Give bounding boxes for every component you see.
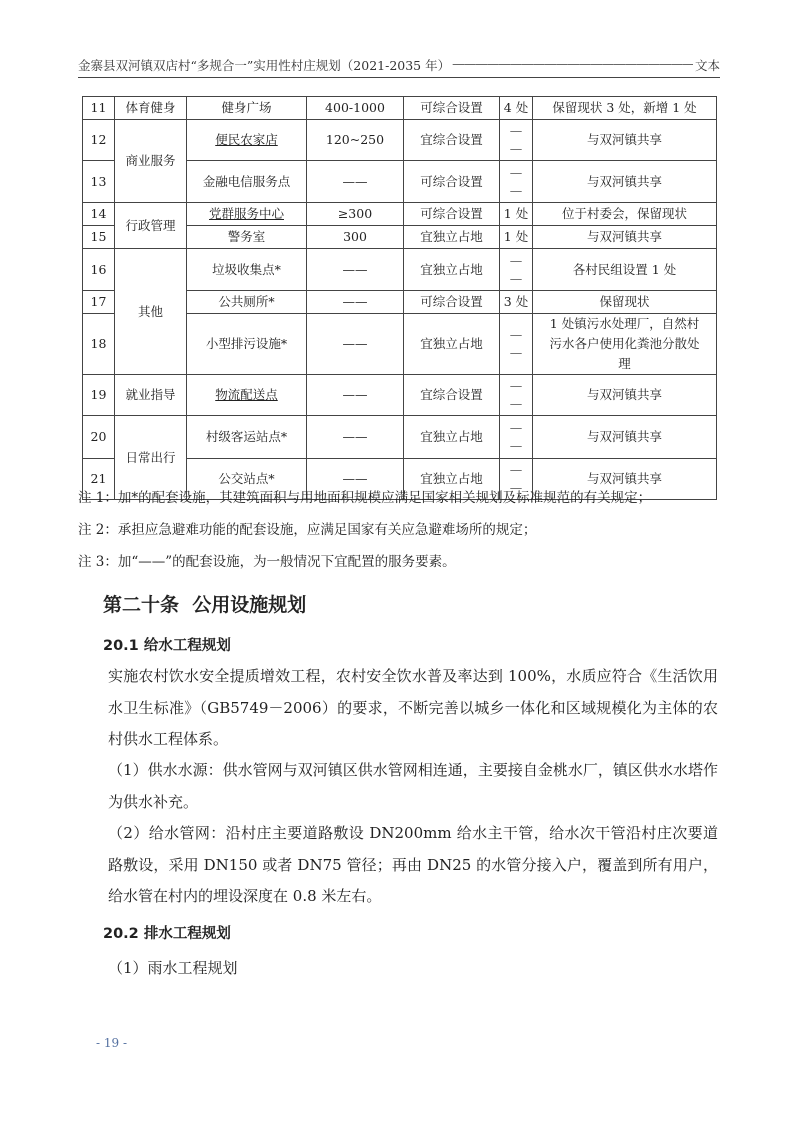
- area-cell: ≥300: [307, 203, 404, 226]
- dash-bottom: —: [510, 140, 523, 158]
- row-number: 15: [83, 226, 115, 249]
- dash-top: —: [510, 377, 523, 395]
- table-row: 12 商业服务 便民农家店 120~250 宜综合设置 —— 与双河镇共享: [83, 120, 717, 161]
- dash-top: —: [510, 122, 523, 140]
- header-doc-type: 文本: [695, 56, 720, 74]
- water-supply-paragraph: 实施农村饮水安全提质增效工程，农村安全饮水普及率达到 100%，水质应符合《生活…: [78, 661, 718, 756]
- area-cell: ——: [307, 161, 404, 203]
- mode-cell: 宜独立占地: [404, 226, 500, 249]
- table-row: 20 日常出行 村级客运站点* —— 宜独立占地 —— 与双河镇共享: [83, 416, 717, 459]
- area-cell: ——: [307, 314, 404, 375]
- table-row: 16 其他 垃圾收集点* —— 宜独立占地 —— 各村民组设置 1 处: [83, 249, 717, 291]
- table-notes: 注 1：加*的配套设施，其建筑面积与用地面积规模应满足国家相关规划及标准规范的有…: [78, 488, 651, 584]
- count-cell: ——: [500, 375, 533, 416]
- mode-cell: 宜独立占地: [404, 314, 500, 375]
- remark-cell: 与双河镇共享: [533, 416, 717, 459]
- rainwater-item: （1）雨水工程规划: [78, 953, 718, 985]
- water-source-paragraph: （1）供水水源：供水管网与双河镇区供水管网相连通，主要接自金桃水厂，镇区供水水塔…: [78, 755, 718, 818]
- category-cell: 其他: [115, 249, 187, 375]
- page-number: - 19 -: [96, 1036, 127, 1050]
- row-number: 11: [83, 97, 115, 120]
- count-cell: 1 处: [500, 203, 533, 226]
- count-cell: 4 处: [500, 97, 533, 120]
- mode-cell: 可综合设置: [404, 203, 500, 226]
- note-2: 注 2：承担应急避难功能的配套设施，应满足国家有关应急避难场所的规定；: [78, 520, 651, 540]
- item-cell: 村级客运站点*: [187, 416, 307, 459]
- remark-cell: 1 处镇污水处理厂，自然村污水各户使用化粪池分散处理: [533, 314, 717, 375]
- remark-cell: 保留现状 3 处，新增 1 处: [533, 97, 717, 120]
- item-cell: 便民农家店: [187, 120, 307, 161]
- running-header: 金寨县双河镇双店村“多规合一”实用性村庄规划（2021-2035 年） ————…: [78, 56, 720, 78]
- count-cell: ——: [500, 161, 533, 203]
- item-cell: 金融电信服务点: [187, 161, 307, 203]
- category-cell: 就业指导: [115, 375, 187, 416]
- row-number: 12: [83, 120, 115, 161]
- row-number: 20: [83, 416, 115, 459]
- area-cell: ——: [307, 291, 404, 314]
- dash-top: —: [510, 252, 523, 270]
- count-cell: 3 处: [500, 291, 533, 314]
- dash-top: —: [510, 164, 523, 182]
- remark-cell: 与双河镇共享: [533, 120, 717, 161]
- note-1: 注 1：加*的配套设施，其建筑面积与用地面积规模应满足国家相关规划及标准规范的有…: [78, 488, 651, 508]
- subsection-heading-water-supply: 20.1 给水工程规划: [103, 634, 231, 655]
- area-cell: 400-1000: [307, 97, 404, 120]
- paragraph-text: （1）供水水源：供水管网与双河镇区供水管网相连通，主要接自金桃水厂，镇区供水水塔…: [78, 755, 718, 818]
- category-cell: 商业服务: [115, 120, 187, 203]
- table-row: 11 体育健身 健身广场 400-1000 可综合设置 4 处 保留现状 3 处…: [83, 97, 717, 120]
- count-cell: ——: [500, 120, 533, 161]
- area-cell: ——: [307, 249, 404, 291]
- count-cell: ——: [500, 416, 533, 459]
- table-row: 14 行政管理 党群服务中心 ≥300 可综合设置 1 处 位于村委会，保留现状: [83, 203, 717, 226]
- remark-cell: 与双河镇共享: [533, 226, 717, 249]
- remark-cell: 与双河镇共享: [533, 161, 717, 203]
- dash-bottom: —: [510, 182, 523, 200]
- item-cell: 公共厕所*: [187, 291, 307, 314]
- remark-cell: 位于村委会，保留现状: [533, 203, 717, 226]
- area-cell: 120~250: [307, 120, 404, 161]
- item-cell: 党群服务中心: [187, 203, 307, 226]
- mode-cell: 可综合设置: [404, 97, 500, 120]
- item-cell: 垃圾收集点*: [187, 249, 307, 291]
- water-network-paragraph: （2）给水管网：沿村庄主要道路敷设 DN200mm 给水主干管，给水次干管沿村庄…: [78, 818, 718, 913]
- dash-top: —: [510, 461, 523, 479]
- remark-cell: 各村民组设置 1 处: [533, 249, 717, 291]
- mode-cell: 宜综合设置: [404, 120, 500, 161]
- mode-cell: 宜综合设置: [404, 375, 500, 416]
- count-cell: 1 处: [500, 226, 533, 249]
- dash-bottom: —: [510, 395, 523, 413]
- facilities-table: 11 体育健身 健身广场 400-1000 可综合设置 4 处 保留现状 3 处…: [82, 96, 717, 500]
- table-row: 19 就业指导 物流配送点 —— 宜综合设置 —— 与双河镇共享: [83, 375, 717, 416]
- mode-cell: 宜独立占地: [404, 249, 500, 291]
- dash-top: —: [510, 419, 523, 437]
- dash-bottom: —: [510, 270, 523, 288]
- area-cell: ——: [307, 416, 404, 459]
- paragraph-text: （1）雨水工程规划: [78, 953, 718, 985]
- dash-top: —: [510, 326, 523, 344]
- remark-cell: 与双河镇共享: [533, 375, 717, 416]
- header-dash-rule: ——————————————————————————————: [452, 56, 693, 74]
- row-number: 14: [83, 203, 115, 226]
- row-number: 19: [83, 375, 115, 416]
- row-number: 18: [83, 314, 115, 375]
- paragraph-text: 实施农村饮水安全提质增效工程，农村安全饮水普及率达到 100%，水质应符合《生活…: [78, 661, 718, 756]
- item-cell: 警务室: [187, 226, 307, 249]
- item-link-text: 便民农家店: [215, 132, 278, 147]
- category-cell: 行政管理: [115, 203, 187, 249]
- area-cell: ——: [307, 375, 404, 416]
- header-title: 金寨县双河镇双店村“多规合一”实用性村庄规划（2021-2035 年）: [78, 56, 450, 74]
- subsection-heading-drainage: 20.2 排水工程规划: [103, 922, 231, 943]
- category-cell: 日常出行: [115, 416, 187, 500]
- item-cell: 物流配送点: [187, 375, 307, 416]
- section-heading: 第二十条 公用设施规划: [103, 590, 306, 617]
- item-cell: 小型排污设施*: [187, 314, 307, 375]
- remark-cell: 保留现状: [533, 291, 717, 314]
- dash-bottom: —: [510, 344, 523, 362]
- item-link-text: 党群服务中心: [209, 206, 284, 221]
- area-cell: 300: [307, 226, 404, 249]
- row-number: 13: [83, 161, 115, 203]
- count-cell: ——: [500, 249, 533, 291]
- mode-cell: 宜独立占地: [404, 416, 500, 459]
- note-3: 注 3：加“——”的配套设施，为一般情况下宜配置的服务要素。: [78, 552, 651, 572]
- row-number: 17: [83, 291, 115, 314]
- item-cell: 健身广场: [187, 97, 307, 120]
- item-link-text: 物流配送点: [215, 387, 278, 402]
- row-number: 16: [83, 249, 115, 291]
- category-cell: 体育健身: [115, 97, 187, 120]
- paragraph-text: （2）给水管网：沿村庄主要道路敷设 DN200mm 给水主干管，给水次干管沿村庄…: [78, 818, 718, 913]
- mode-cell: 可综合设置: [404, 291, 500, 314]
- mode-cell: 可综合设置: [404, 161, 500, 203]
- dash-bottom: —: [510, 437, 523, 455]
- count-cell: ——: [500, 314, 533, 375]
